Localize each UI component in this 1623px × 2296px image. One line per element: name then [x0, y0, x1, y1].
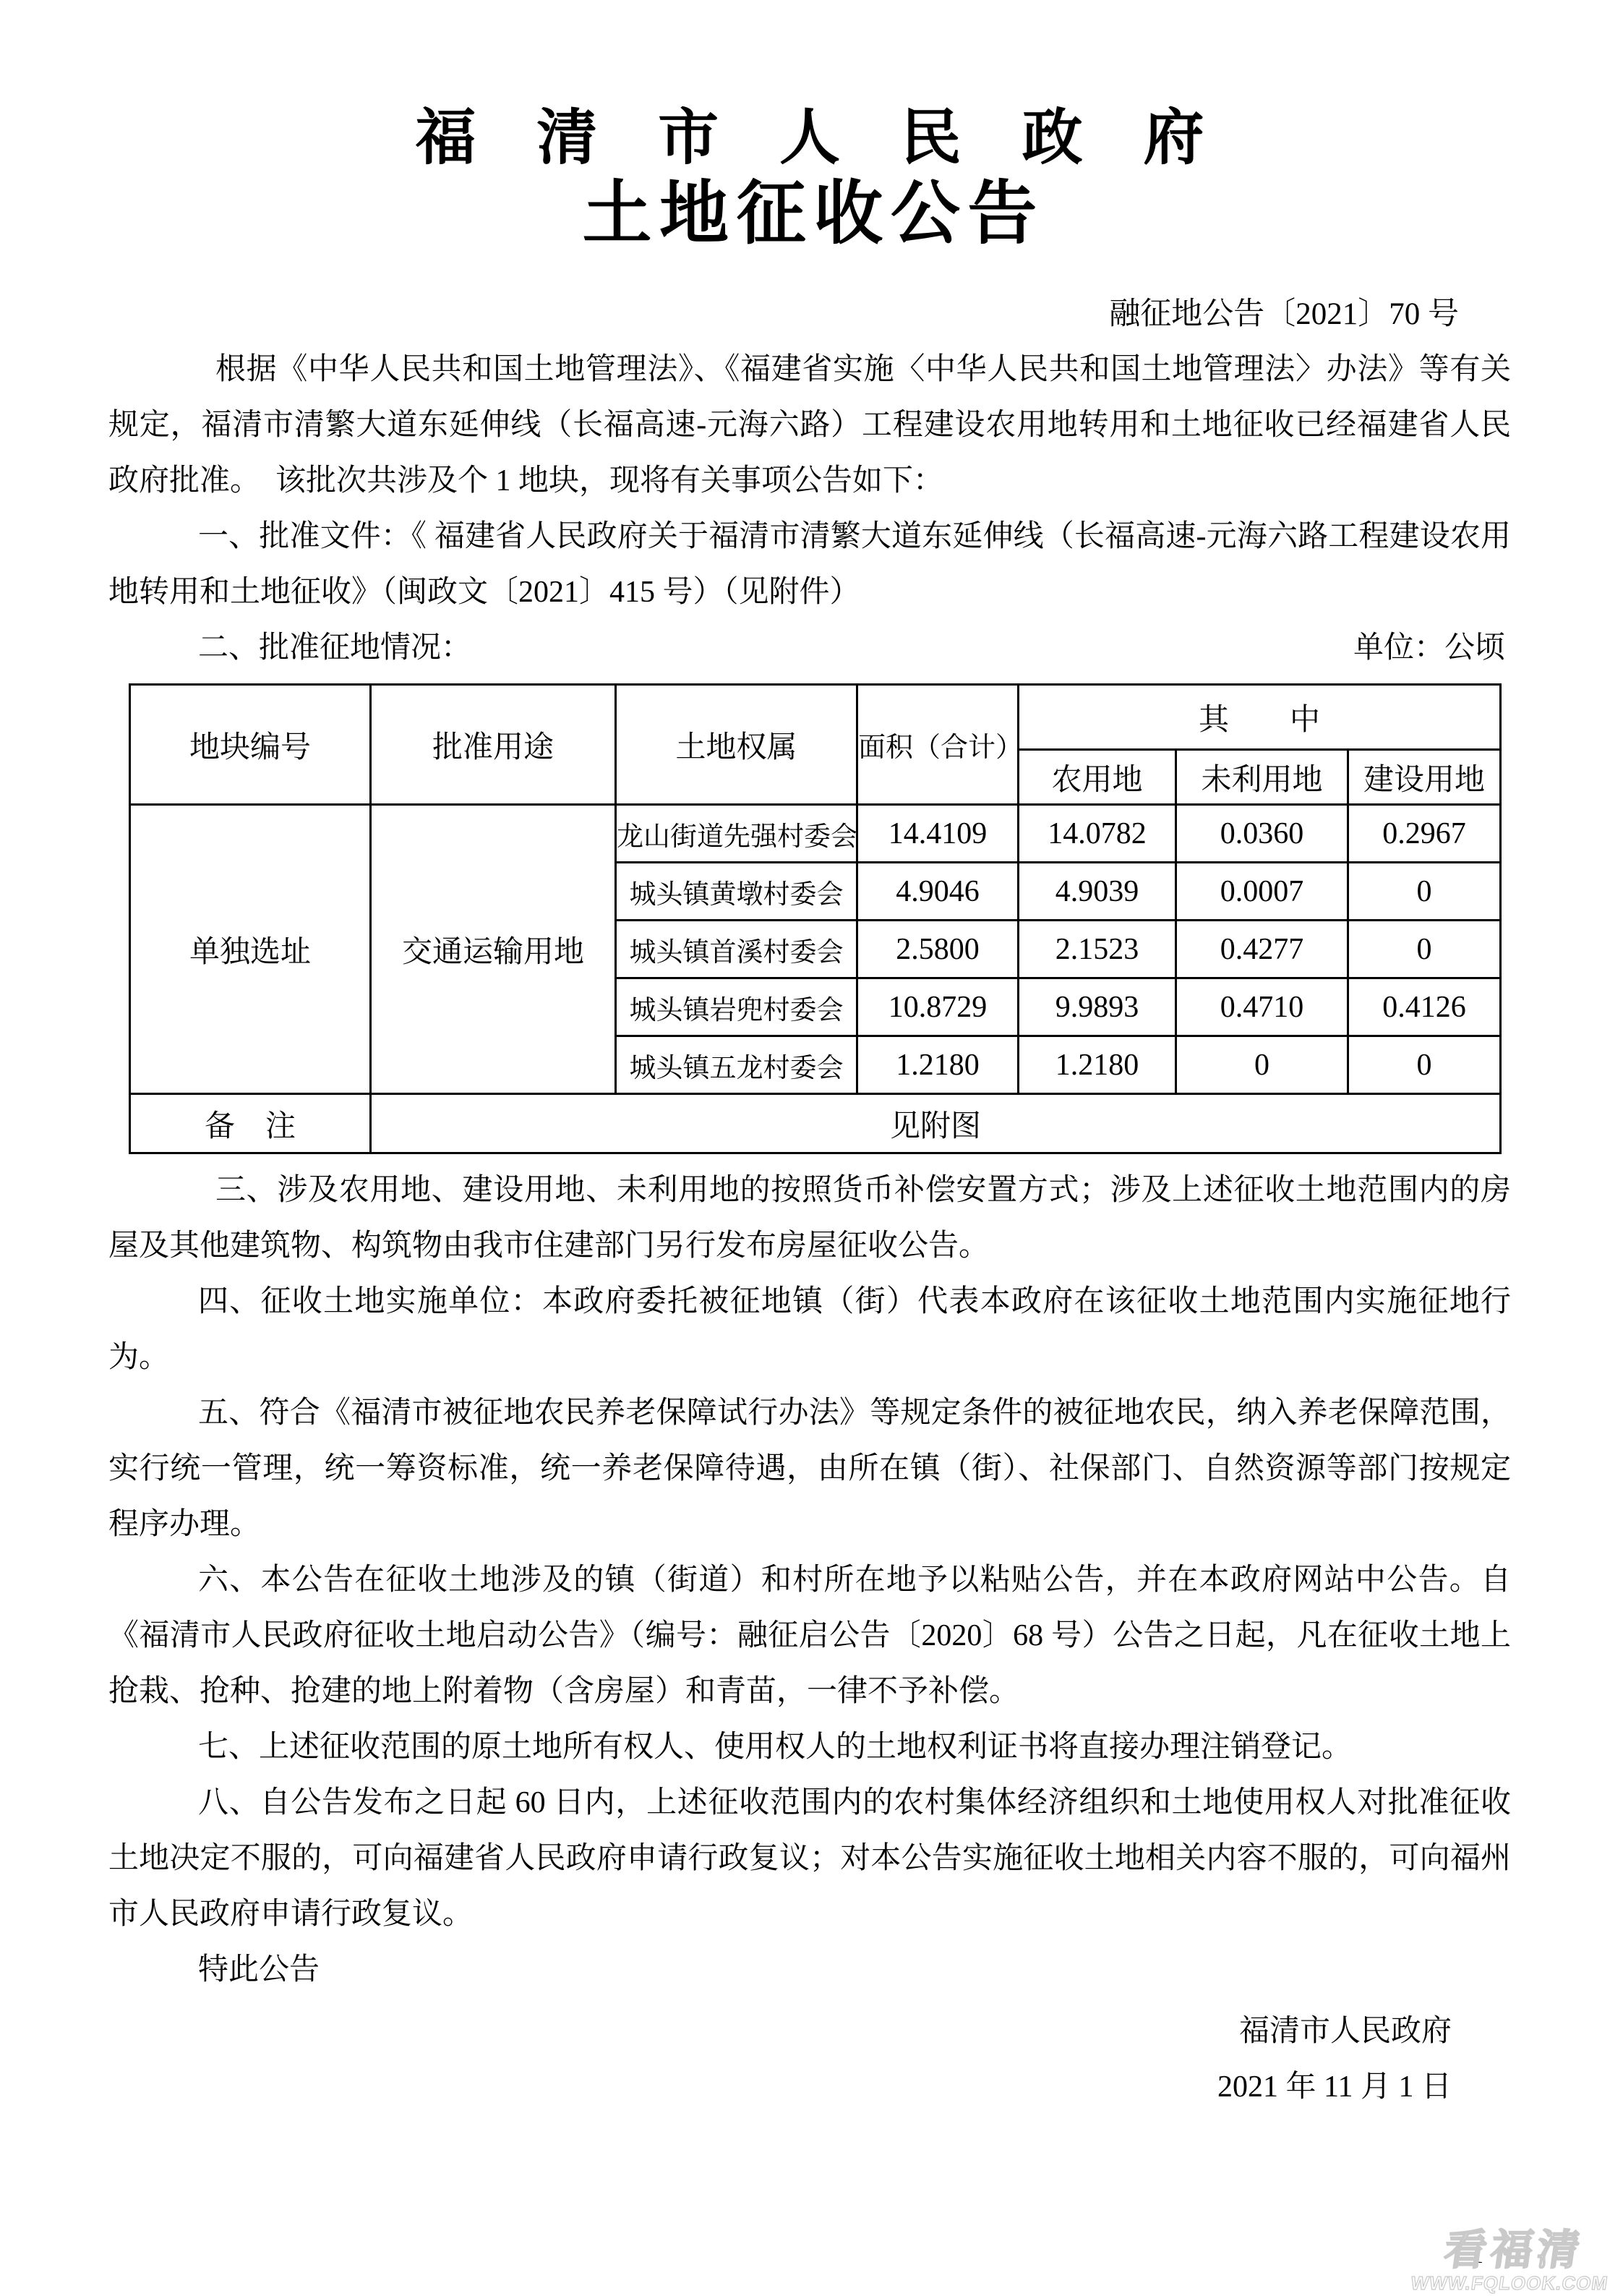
land-table: 地块编号 批准用途 土地权属 面积（合计） 其 中 农用地 未利用地 建设用地 … [129, 683, 1502, 1154]
paragraph-item3: 三、涉及农用地、建设用地、未利用地的按照货币补偿安置方式；涉及上述征收土地范围内… [108, 1163, 1511, 1274]
section2-heading-row: 二、批准征地情况： 单位：公顷 [108, 620, 1511, 676]
cell-agricultural: 14.0782 [1019, 805, 1176, 863]
watermark-url: WWW.FQLOOK.COM [1410, 2273, 1610, 2294]
paragraph-item4: 四、征收土地实施单位：本政府委托被征地镇（街）代表本政府在该征收土地范围内实施征… [108, 1274, 1511, 1386]
header-unused: 未利用地 [1176, 750, 1348, 805]
paragraph-intro: 根据《中华人民共和国土地管理法》、《福建省实施〈中华人民共和国土地管理法〉办法》… [108, 342, 1511, 509]
cell-owner: 城头镇首溪村委会 [616, 921, 857, 978]
cell-total: 2.5800 [857, 921, 1019, 978]
paragraph-item7: 七、上述征收范围的原土地所有权人、使用权人的土地权利证书将直接办理注销登记。 [108, 1720, 1511, 1775]
paragraph-closing: 特此公告 [108, 1942, 1511, 1998]
doc-number: 融征地公告〔2021〕70 号 [108, 286, 1511, 342]
signature-issuer: 福清市人民政府 [108, 2004, 1452, 2060]
cell-unused: 0 [1176, 1036, 1348, 1094]
page-title: 福 清 市 人 民 政 府 [108, 0, 1511, 173]
cell-total: 1.2180 [857, 1036, 1019, 1094]
cell-block-id: 单独选址 [130, 805, 371, 1094]
page-content: 福 清 市 人 民 政 府 土地征收公告 融征地公告〔2021〕70 号 根据《… [0, 0, 1623, 2115]
header-among-which: 其 中 [1019, 685, 1501, 750]
announcement-page: 福 清 市 人 民 政 府 土地征收公告 融征地公告〔2021〕70 号 根据《… [0, 0, 1623, 2296]
paragraph-item8: 八、自公告发布之日起 60 日内，上述征收范围内的农村集体经济组织和土地使用权人… [108, 1775, 1511, 1942]
cell-owner: 城头镇黄墩村委会 [616, 863, 857, 921]
cell-agricultural: 1.2180 [1019, 1036, 1176, 1094]
paragraph-item1: 一、批准文件：《 福建省人民政府关于福清市清繁大道东延伸线（长福高速-元海六路工… [108, 509, 1511, 620]
cell-agricultural: 2.1523 [1019, 921, 1176, 978]
header-approved-use: 批准用途 [371, 685, 616, 805]
cell-owner: 城头镇五龙村委会 [616, 1036, 857, 1094]
table-note-row: 备 注 见附图 [130, 1094, 1501, 1153]
note-label: 备 注 [130, 1094, 371, 1153]
cell-total: 14.4109 [857, 805, 1019, 863]
header-construction: 建设用地 [1348, 750, 1501, 805]
paragraph-item6: 六、本公告在征收土地涉及的镇（街道）和村所在地予以粘贴公告，并在本政府网站中公告… [108, 1553, 1511, 1720]
signature-date: 2021 年 11 月 1 日 [108, 2060, 1452, 2115]
header-land-ownership: 土地权属 [616, 685, 857, 805]
cell-unused: 0.4277 [1176, 921, 1348, 978]
watermark-text: 看福清 [1413, 2229, 1616, 2273]
cell-construction: 0.4126 [1348, 978, 1501, 1036]
header-block-id: 地块编号 [130, 685, 371, 805]
cell-construction: 0.2967 [1348, 805, 1501, 863]
cell-unused: 0.0360 [1176, 805, 1348, 863]
cell-construction: 0 [1348, 863, 1501, 921]
header-agricultural: 农用地 [1019, 750, 1176, 805]
unit-label: 单位：公顷 [1353, 620, 1511, 676]
paragraph-item5: 五、符合《福清市被征地农民养老保障试行办法》等规定条件的被征地农民，纳入养老保障… [108, 1386, 1511, 1553]
cell-owner: 龙山街道先强村委会 [616, 805, 857, 863]
cell-construction: 0 [1348, 1036, 1501, 1094]
cell-agricultural: 4.9039 [1019, 863, 1176, 921]
cell-unused: 0.0007 [1176, 863, 1348, 921]
cell-agricultural: 9.9893 [1019, 978, 1176, 1036]
header-area-total: 面积（合计） [857, 685, 1019, 805]
cell-total: 4.9046 [857, 863, 1019, 921]
cell-owner: 城头镇岩兜村委会 [616, 978, 857, 1036]
table-row: 单独选址 交通运输用地 龙山街道先强村委会 14.4109 14.0782 0.… [130, 805, 1501, 863]
cell-total: 10.8729 [857, 978, 1019, 1036]
section2-heading: 二、批准征地情况： [108, 620, 471, 676]
note-value: 见附图 [371, 1094, 1501, 1153]
cell-unused: 0.4710 [1176, 978, 1348, 1036]
cell-approved-use: 交通运输用地 [371, 805, 616, 1094]
page-subtitle: 土地征收公告 [108, 176, 1511, 252]
cell-construction: 0 [1348, 921, 1501, 978]
watermark: 看福清 WWW.FQLOOK.COM [1410, 2229, 1616, 2293]
signature-block: 福清市人民政府 2021 年 11 月 1 日 [108, 2004, 1511, 2115]
table-header-row-top: 地块编号 批准用途 土地权属 面积（合计） 其 中 [130, 685, 1501, 750]
